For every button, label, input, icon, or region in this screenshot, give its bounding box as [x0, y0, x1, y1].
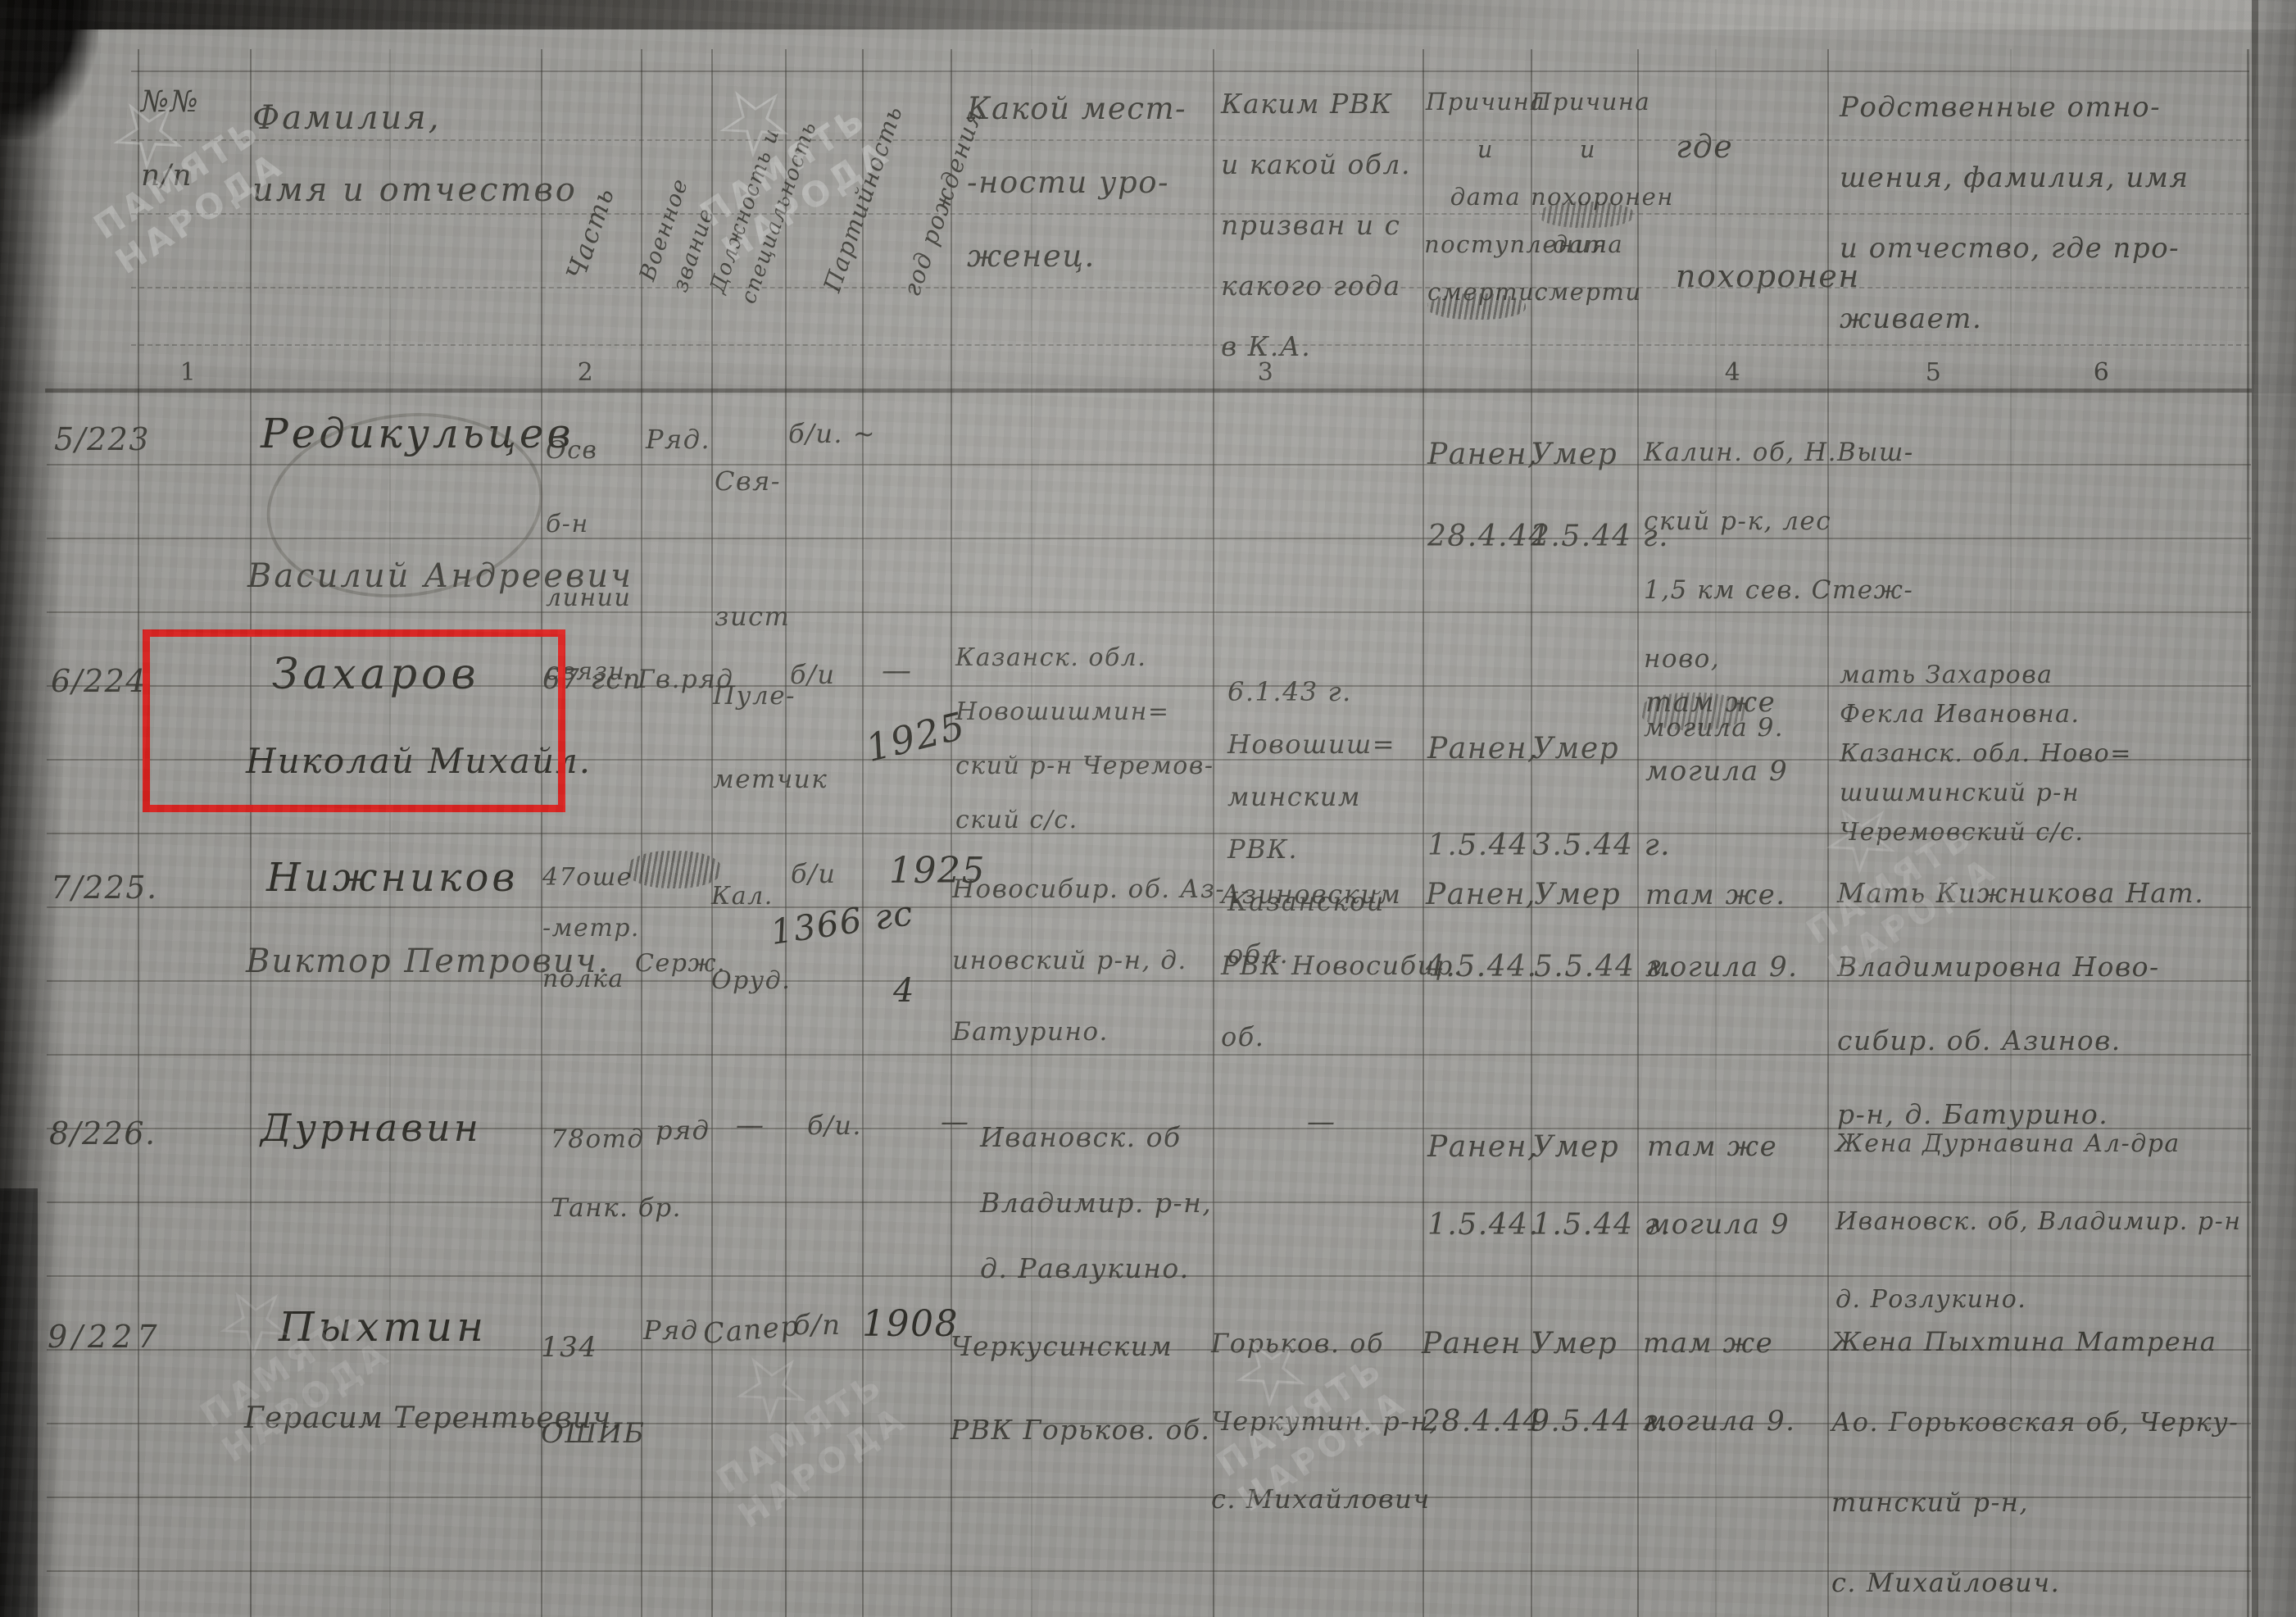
header-admission: Причина и дата поступления смерти.: [1424, 78, 1547, 316]
row-num: 6/224: [51, 656, 147, 706]
party-cell: б/и. ~: [788, 408, 876, 459]
party-cell: б/и: [791, 848, 836, 899]
relatives-cell: мать Захарова Фекла Ивановна. Казанск. о…: [1840, 656, 2132, 852]
header-num: №№ п/п: [141, 66, 199, 213]
birthplace-cell: Казанск. обл. Новошишмин= ский р-н Черем…: [955, 631, 1214, 847]
rank-cell: Ряд.: [646, 414, 710, 465]
row-num: 7/225.: [51, 862, 158, 913]
birthplace-cell: Черкусинским РВК Горьков. об.: [951, 1305, 1211, 1472]
scan-corner-shadow: [0, 0, 98, 139]
highlight-box: [143, 629, 565, 812]
page-edge-line: [2247, 49, 2249, 1617]
scan-right-edge: [2252, 0, 2258, 1617]
position-cell: —: [736, 1100, 765, 1151]
watermark-line: ПАМЯТЬ: [709, 1363, 892, 1501]
column-line: [785, 49, 787, 1617]
column-number: 2: [578, 347, 595, 398]
burial-cell: там же могила 9.: [1643, 1305, 1795, 1460]
scan-top-edge: [0, 0, 2296, 30]
position-cell: Сапер: [701, 1301, 802, 1360]
scanned-casualty-register-page: №№ п/п Фамилия, имя и отчество Часть Вое…: [0, 0, 2296, 1617]
drafted-cell: Горьков. об Черкутин. р-н, с. Михайлович: [1211, 1305, 1439, 1538]
rank-scribble: [627, 851, 721, 888]
column-number: 6: [2094, 347, 2111, 398]
wounded-cell: Ранен, 4.5.44.: [1426, 859, 1537, 1003]
header-scribble: [1539, 202, 1634, 228]
book-gutter-shadow: [0, 0, 64, 1617]
column-number: 5: [1926, 347, 1943, 398]
row-num: 8/226.: [49, 1108, 157, 1159]
party-cell: б/и: [790, 649, 835, 700]
column-number: 1: [180, 347, 197, 398]
column-number: 3: [1258, 347, 1275, 398]
header-name: Фамилия, имя и отчество: [252, 82, 578, 226]
drafted-cell: —: [1307, 1097, 1336, 1147]
wounded-cell: Ранен 28.4.44: [1422, 1305, 1543, 1460]
row-num: 5/223: [54, 414, 150, 465]
row-num: 9/227: [48, 1311, 162, 1362]
header-drafted: Каким РВК и какой обл. призван и с каког…: [1221, 74, 1411, 377]
soldier-surname: Дурнавин: [261, 1102, 482, 1153]
overwrite-text: 4: [893, 965, 915, 1016]
birthplace-cell: Ивановск. об Владимир. р-н, д. Равлукино…: [980, 1105, 1212, 1301]
rank-cell: Ряд: [643, 1305, 699, 1356]
birthplace-cell: Новосибир. об. Аз- иновский р-н, д. Бату…: [952, 854, 1225, 1068]
relatives-cell: Жена Пыхтина Матрена Ао. Горьковская об,…: [1831, 1301, 2239, 1617]
party-cell: б/и.: [807, 1100, 862, 1151]
header-death: Причина и похоронен дата смерти: [1531, 78, 1645, 316]
column-line: [250, 49, 252, 1617]
watermark-line: НАРОДА: [731, 1397, 914, 1536]
book-gutter-shadow: [0, 1188, 38, 1617]
position-cell: Свя- зист: [715, 414, 790, 684]
column-line: [862, 49, 864, 1617]
column-line-faint: [389, 49, 391, 1617]
soldier-surname: Пыхтин: [279, 1301, 488, 1352]
party-dash: —: [882, 646, 913, 697]
burial-cell: там же. могила 9.: [1645, 859, 1798, 1003]
birth-year-cell: 1925: [860, 700, 970, 774]
header-birthplace: Какой мест- -ности уро- женец.: [967, 72, 1187, 293]
table-heavy-line: [45, 388, 2252, 393]
burial-cell: там же могила 9: [1647, 1108, 1790, 1264]
column-number: 4: [1725, 347, 1742, 398]
birth-year-cell: —: [941, 1097, 970, 1147]
header-relatives: Родственные отно- шения, фамилия, имя и …: [1840, 72, 2189, 354]
wounded-cell: Ранен, 1.5.44.: [1427, 1108, 1539, 1264]
header-scribble: [1427, 293, 1526, 320]
burial-cell: там же могила 9: [1645, 668, 1788, 806]
rank-cell: ряд: [656, 1105, 710, 1156]
column-line: [138, 49, 139, 1617]
scan-right-edge: [2258, 0, 2296, 1617]
birth-year-cell: 1908: [862, 1299, 959, 1350]
unit-cell: 134 ОШИБ: [541, 1305, 645, 1477]
header-burial: где похоронен: [1676, 82, 1860, 341]
unit-cell: 47оше -метр. полка: [542, 852, 640, 1005]
soldier-surname: Нижников: [266, 852, 518, 903]
party-cell: б/п: [793, 1300, 842, 1351]
